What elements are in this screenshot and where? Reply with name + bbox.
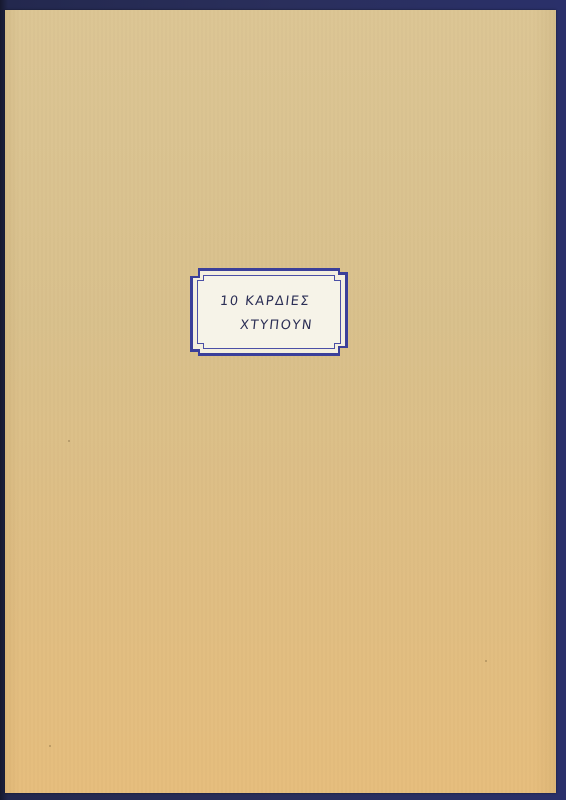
label-inner-frame: 10 ΚΑΡΔΙΕΣ ΧΤΥΠΟΥΝ <box>197 275 341 349</box>
label-title-line-1: 10 ΚΑΡΔΙΕΣ <box>219 294 311 309</box>
title-label: 10 ΚΑΡΔΙΕΣ ΧΤΥΠΟΥΝ <box>190 268 348 356</box>
paper-speck <box>485 660 487 662</box>
paper-speck <box>49 745 51 747</box>
label-title-line-2: ΧΤΥΠΟΥΝ <box>239 318 314 333</box>
folder-cover: 10 ΚΑΡΔΙΕΣ ΧΤΥΠΟΥΝ <box>5 10 556 793</box>
label-outer-frame: 10 ΚΑΡΔΙΕΣ ΧΤΥΠΟΥΝ <box>193 271 345 353</box>
label-face: 10 ΚΑΡΔΙΕΣ ΧΤΥΠΟΥΝ <box>198 276 340 348</box>
paper-speck <box>68 440 70 442</box>
